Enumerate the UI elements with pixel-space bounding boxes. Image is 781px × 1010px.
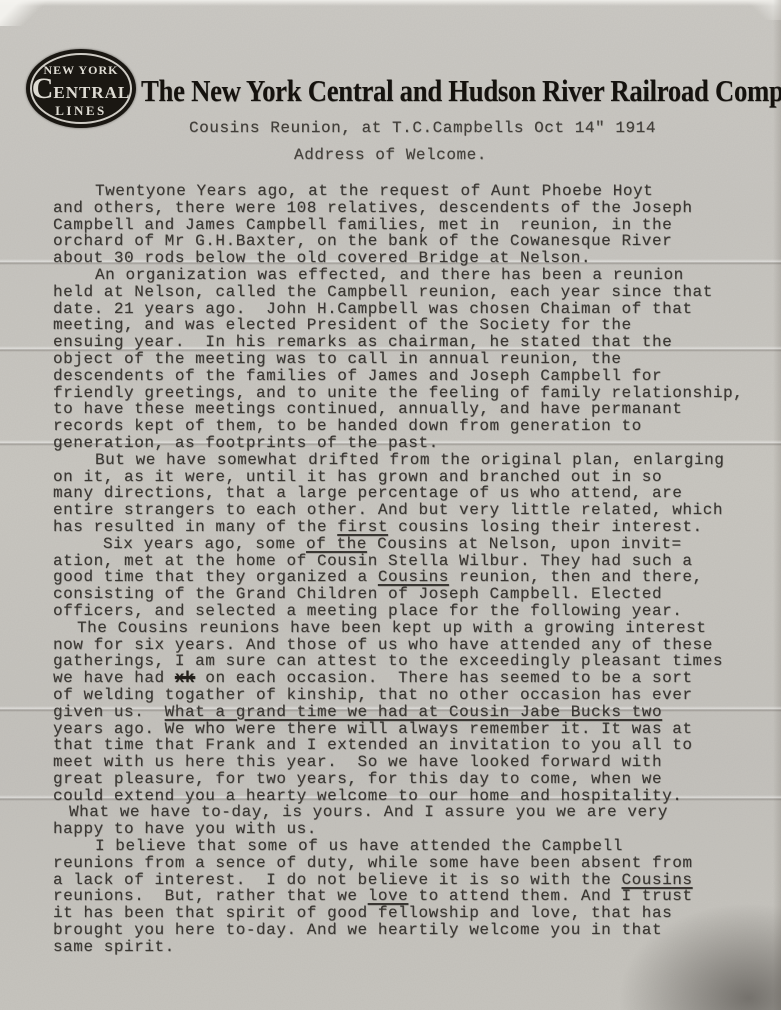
- typed-text: orchard of Mr G.H.Baxter, on the bank of…: [53, 232, 672, 250]
- underlined-text: Cousins: [378, 568, 449, 586]
- typed-text: ation, met at the home of Cousin Stella …: [53, 552, 693, 570]
- typed-text: years ago. We who were there will always…: [53, 720, 693, 738]
- typed-text: records kept of them, to be handed down …: [53, 417, 642, 435]
- typed-text: meet with us here this year. So we have …: [53, 753, 662, 771]
- paragraph: Six years ago, some of the Cousins at Ne…: [53, 536, 765, 620]
- typed-text: it has been that spirit of good fellowsh…: [53, 904, 672, 922]
- logo-line-central: CENTRAL: [32, 74, 131, 104]
- underlined-text: love: [368, 887, 409, 905]
- underlined-text: of the: [306, 535, 367, 553]
- typed-line: and others, there were 108 relatives, de…: [53, 200, 765, 217]
- typed-text: and others, there were 108 relatives, de…: [53, 199, 693, 217]
- typed-line: we have had xk on each occasion. There h…: [53, 670, 765, 687]
- logo-central-rest: ENTRAL: [53, 84, 130, 101]
- typed-line: entire strangers to each other. And but …: [53, 502, 765, 519]
- typed-line: about 30 rods below the old covered Brid…: [53, 250, 765, 267]
- typed-text: has resulted in many of the: [53, 518, 337, 536]
- scan-top-edge: [0, 0, 781, 6]
- typed-text: But we have somewhat drifted from the or…: [95, 451, 724, 469]
- typed-text: An organization was effected, and there …: [95, 266, 684, 284]
- typed-line: to have these meetings continued, annual…: [53, 401, 765, 418]
- document-subtitle: Address of Welcome.: [0, 146, 781, 164]
- typed-line: could extend you a hearty welcome to our…: [53, 788, 765, 805]
- typed-line: good time that they organized a Cousins …: [53, 569, 765, 586]
- paragraph: The Cousins reunions have been kept up w…: [53, 620, 765, 805]
- typed-line: friendly greetings, and to unite the fee…: [53, 385, 765, 402]
- typed-text: on each occasion. There has seemed to be…: [195, 669, 692, 687]
- letter-page: NEW YORK CENTRAL LINES The New York Cent…: [0, 0, 781, 1010]
- typed-line: reunions. But, rather that we love to at…: [53, 888, 765, 905]
- paragraph: What we have to-day, is yours. And I ass…: [53, 804, 765, 838]
- paragraph: Twentyone Years ago, at the request of A…: [53, 183, 765, 267]
- typed-text: cousins losing their interest.: [388, 518, 703, 536]
- typed-text: descendents of the families of James and…: [53, 367, 662, 385]
- typed-line: orchard of Mr G.H.Baxter, on the bank of…: [53, 233, 765, 250]
- typed-line: happy to have you with us.: [53, 821, 765, 838]
- scan-corner-highlight: [0, 0, 96, 26]
- typed-line: reunions from a sence of duty, while som…: [53, 855, 765, 872]
- typed-line: held at Nelson, called the Campbell reun…: [53, 284, 765, 301]
- typed-line: great pleasure, for two years, for this …: [53, 771, 765, 788]
- nyc-lines-logo: NEW YORK CENTRAL LINES: [26, 49, 136, 128]
- typed-line: now for six years. And those of us who h…: [53, 637, 765, 654]
- typed-text: many directions, that a large percentage…: [53, 484, 682, 502]
- typed-text: now for six years. And those of us who h…: [53, 636, 713, 654]
- typed-text: meeting, and was elected President of th…: [53, 316, 632, 334]
- typed-text: to attend them. And I trust: [408, 887, 692, 905]
- typed-line: has resulted in many of the first cousin…: [53, 519, 765, 536]
- typed-line: Six years ago, some of the Cousins at Ne…: [53, 536, 765, 553]
- struck-text: xk: [175, 669, 195, 687]
- typed-line: ation, met at the home of Cousin Stella …: [53, 553, 765, 570]
- typed-text: object of the meeting was to call in ann…: [53, 350, 622, 368]
- typed-line: But we have somewhat drifted from the or…: [53, 452, 765, 469]
- typed-line: officers, and selected a meeting place f…: [53, 603, 765, 620]
- paragraph: I believe that some of us have attended …: [53, 838, 765, 956]
- typed-text: held at Nelson, called the Campbell reun…: [53, 283, 713, 301]
- typed-text: happy to have you with us.: [53, 820, 317, 838]
- typed-line: date. 21 years ago. John H.Campbell was …: [53, 301, 765, 318]
- typed-text: reunions from a sence of duty, while som…: [53, 854, 693, 872]
- typed-line: I believe that some of us have attended …: [53, 838, 765, 855]
- scan-corner-highlight-right: [735, 0, 781, 20]
- typed-line: it has been that spirit of good fellowsh…: [53, 905, 765, 922]
- typed-text: Campbell and James Campbell families, me…: [53, 216, 672, 234]
- underlined-text: first: [337, 518, 388, 536]
- typed-line: brought you here to-day. And we heartily…: [53, 922, 765, 939]
- typed-text: about 30 rods below the old covered Brid…: [53, 249, 591, 267]
- typed-text: same spirit.: [53, 938, 175, 956]
- typed-text: great pleasure, for two years, for this …: [53, 770, 662, 788]
- typed-line: generation, as footprints of the past.: [53, 435, 765, 452]
- typed-text: Cousins at Nelson, upon invit=: [367, 535, 682, 553]
- typed-line: many directions, that a large percentage…: [53, 485, 765, 502]
- typed-text: that time that Frank and I extended an i…: [53, 736, 693, 754]
- typed-line: given us. What a grand time we had at Co…: [53, 704, 765, 721]
- typed-text: brought you here to-day. And we heartily…: [53, 921, 662, 939]
- underlined-text: Cousins: [622, 871, 693, 889]
- typed-line: meeting, and was elected President of th…: [53, 317, 765, 334]
- typed-line: Twentyone Years ago, at the request of A…: [53, 183, 765, 200]
- typed-text: entire strangers to each other. And but …: [53, 501, 723, 519]
- typed-text: a lack of interest. I do not believe it …: [53, 871, 622, 889]
- typed-text: good time that they organized a: [53, 568, 378, 586]
- typed-line: ensuing year. In his remarks as chairman…: [53, 334, 765, 351]
- typed-text: The Cousins reunions have been kept up w…: [77, 619, 706, 637]
- typed-text: date. 21 years ago. John H.Campbell was …: [53, 300, 693, 318]
- typed-line: on it, as it were, until it has grown an…: [53, 469, 765, 486]
- typed-text: Twentyone Years ago, at the request of A…: [95, 182, 653, 200]
- typed-text: reunion, then and there,: [449, 568, 703, 586]
- typed-line: Campbell and James Campbell families, me…: [53, 217, 765, 234]
- logo-big-c: C: [32, 74, 54, 104]
- typed-line: of welding togather of kinship, that no …: [53, 687, 765, 704]
- typed-line: a lack of interest. I do not believe it …: [53, 872, 765, 889]
- typed-text: What we have to-day, is yours. And I ass…: [69, 803, 668, 821]
- typed-text: reunions. But, rather that we: [53, 887, 368, 905]
- typed-text: I believe that some of us have attended …: [95, 837, 623, 855]
- typed-line: An organization was effected, and there …: [53, 267, 765, 284]
- typed-text: ensuing year. In his remarks as chairman…: [53, 333, 672, 351]
- typed-text: consisting of the Grand Children of Jose…: [53, 585, 662, 603]
- logo-line-lines: LINES: [55, 104, 107, 117]
- typed-line: meet with us here this year. So we have …: [53, 754, 765, 771]
- typed-text: on it, as it were, until it has grown an…: [53, 468, 662, 486]
- typed-body: Twentyone Years ago, at the request of A…: [53, 183, 765, 956]
- logo-text: NEW YORK CENTRAL LINES: [31, 54, 131, 123]
- underlined-text: What a grand time we had at Cousin Jabe …: [165, 703, 662, 721]
- typed-text: to have these meetings continued, annual…: [53, 400, 682, 418]
- typed-line: object of the meeting was to call in ann…: [53, 351, 765, 368]
- typed-line: records kept of them, to be handed down …: [53, 418, 765, 435]
- typed-text: gatherings, I am sure can attest to the …: [53, 652, 723, 670]
- typed-line: The Cousins reunions have been kept up w…: [53, 620, 765, 637]
- typed-text: Six years ago, some: [103, 535, 306, 553]
- typed-line: years ago. We who were there will always…: [53, 721, 765, 738]
- typed-line: What we have to-day, is yours. And I ass…: [53, 804, 765, 821]
- typed-text: given us.: [53, 703, 165, 721]
- paragraph: But we have somewhat drifted from the or…: [53, 452, 765, 536]
- document-title: Cousins Reunion, at T.C.Campbells Oct 14…: [32, 119, 781, 137]
- typed-line: consisting of the Grand Children of Jose…: [53, 586, 765, 603]
- typed-text: could extend you a hearty welcome to our…: [53, 787, 682, 805]
- typed-text: officers, and selected a meeting place f…: [53, 602, 682, 620]
- typed-line: gatherings, I am sure can attest to the …: [53, 653, 765, 670]
- company-name: The New York Central and Hudson River Ra…: [141, 73, 781, 109]
- typed-text: we have had: [53, 669, 175, 687]
- paragraph: An organization was effected, and there …: [53, 267, 765, 452]
- typed-line: that time that Frank and I extended an i…: [53, 737, 765, 754]
- typed-line: same spirit.: [53, 939, 765, 956]
- typed-line: descendents of the families of James and…: [53, 368, 765, 385]
- typed-text: generation, as footprints of the past.: [53, 434, 439, 452]
- typed-text: of welding togather of kinship, that no …: [53, 686, 693, 704]
- typed-text: friendly greetings, and to unite the fee…: [53, 384, 743, 402]
